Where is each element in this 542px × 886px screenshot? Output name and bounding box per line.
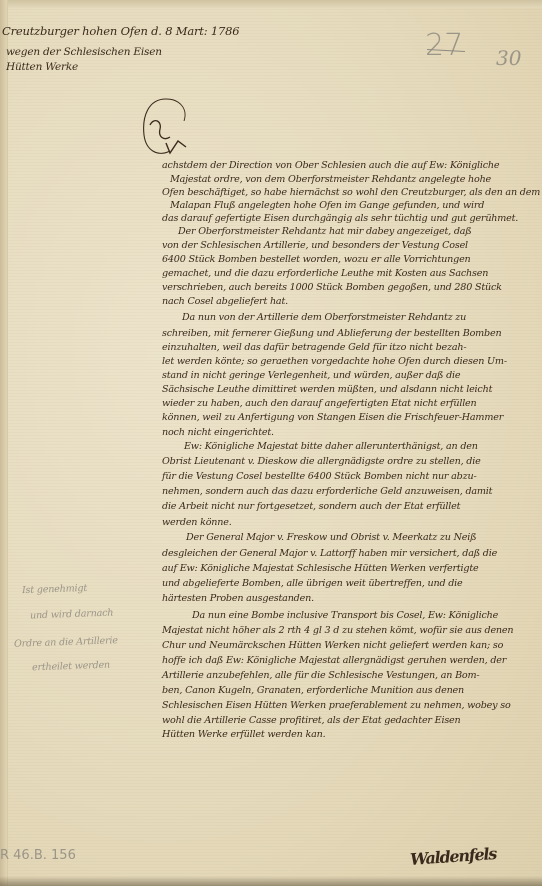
body-line-39: wohl die Artillerie Casse profitiret, al… bbox=[162, 716, 461, 726]
folio-number-struck: 27 bbox=[425, 28, 463, 63]
body-line-22: Obrist Lieutenant v. Dieskow die allergn… bbox=[162, 457, 481, 467]
body-line-20: noch nicht eingerichtet. bbox=[162, 428, 274, 438]
header-line-subject-2: Hütten Werke bbox=[6, 62, 78, 73]
body-line-11: nach Cosel abgeliefert hat. bbox=[162, 297, 288, 307]
body-line-40: Hütten Werke erfüllet werden kan. bbox=[162, 730, 325, 740]
body-line-25: die Arbeit nicht nur fortgesetzet, sonde… bbox=[162, 502, 460, 512]
body-line-5: das darauf gefertigte Eisen durchgängig … bbox=[162, 214, 518, 224]
body-line-36: Artillerie anzubefehlen, alle für die Sc… bbox=[162, 671, 479, 681]
body-line-21: Ew: Königliche Majestat bitte daher alle… bbox=[184, 442, 478, 452]
body-line-30: und abgelieferte Bomben, alle übrigen we… bbox=[162, 579, 463, 589]
body-line-12: Da nun von der Artillerie dem Oberforstm… bbox=[182, 313, 466, 323]
body-line-32: Da nun eine Bombe inclusive Transport bi… bbox=[192, 611, 498, 621]
body-line-15: let werden könte; so geraethen vorgedach… bbox=[162, 357, 507, 367]
decorative-initial-n-icon bbox=[140, 95, 192, 157]
body-line-17: Sächsische Leuthe dimittiret werden müßt… bbox=[162, 385, 492, 395]
body-line-6: Der Oberforstmeister Rehdantz hat mir da… bbox=[178, 227, 472, 237]
body-line-24: nehmen, sondern auch das dazu erforderli… bbox=[162, 487, 492, 497]
body-line-14: einzuhalten, weil das dafür betragende G… bbox=[162, 343, 466, 353]
body-line-33: Majestat nicht höher als 2 rth 4 gl 3 d … bbox=[162, 626, 513, 636]
body-line-7: von der Schlesischen Artillerie, und bes… bbox=[162, 241, 468, 251]
body-line-10: verschrieben, auch bereits 1000 Stück Bo… bbox=[162, 283, 502, 293]
body-line-29: auf Ew: Königliche Majestat Schlesische … bbox=[162, 564, 478, 574]
archive-reference: R 46.B. 156 bbox=[0, 848, 76, 863]
body-line-13: schreiben, mit fernerer Gießung und Abli… bbox=[162, 329, 501, 339]
body-line-38: Schlesischen Eisen Hütten Werken praefer… bbox=[162, 701, 511, 711]
margin-note-line-1: Ist genehmigt bbox=[22, 584, 87, 596]
folio-number-current: 30 bbox=[496, 46, 521, 70]
page-top-edge bbox=[0, 0, 542, 8]
body-line-34: Chur und Neumärckschen Hütten Werken nic… bbox=[162, 641, 503, 651]
body-line-26: werden könne. bbox=[162, 518, 232, 528]
body-line-23: für die Vestung Cosel bestellte 6400 Stü… bbox=[162, 472, 477, 482]
body-line-27: Der General Major v. Freskow und Obrist … bbox=[186, 533, 476, 543]
binding-edge bbox=[0, 0, 8, 886]
body-line-4: Malapan Fluß angelegten hohe Ofen im Gan… bbox=[170, 201, 484, 211]
body-line-8: 6400 Stück Bomben bestellet worden, wozu… bbox=[162, 255, 471, 265]
body-line-31: härtesten Proben ausgestanden. bbox=[162, 594, 314, 604]
body-line-35: hoffe ich daß Ew: Königliche Majestat al… bbox=[162, 656, 506, 666]
header-line-subject-1: wegen der Schlesischen Eisen bbox=[6, 47, 162, 58]
body-line-9: gemachet, und die dazu erforderliche Leu… bbox=[162, 269, 488, 279]
body-line-18: wieder zu haben, auch den darauf angefer… bbox=[162, 399, 477, 409]
body-line-2: Majestat ordre, von dem Oberforstmeister… bbox=[170, 175, 491, 185]
page-bottom-shadow bbox=[0, 876, 542, 886]
body-line-28: desgleichen der General Major v. Lattorf… bbox=[162, 549, 497, 559]
header-line-place-date: Creutzburger hohen Ofen d. 8 Mart: 1786 bbox=[2, 26, 239, 38]
body-line-3: Ofen beschäftiget, so habe hiernächst so… bbox=[162, 188, 540, 198]
body-line-37: ben, Canon Kugeln, Granaten, erforderlic… bbox=[162, 686, 464, 696]
body-line-19: können, weil zu Anfertigung von Stangen … bbox=[162, 413, 503, 423]
body-line-16: stand in nicht geringe Verlegenheit, und… bbox=[162, 371, 460, 381]
body-line-1: achstdem der Direction von Ober Schlesie… bbox=[162, 161, 499, 171]
